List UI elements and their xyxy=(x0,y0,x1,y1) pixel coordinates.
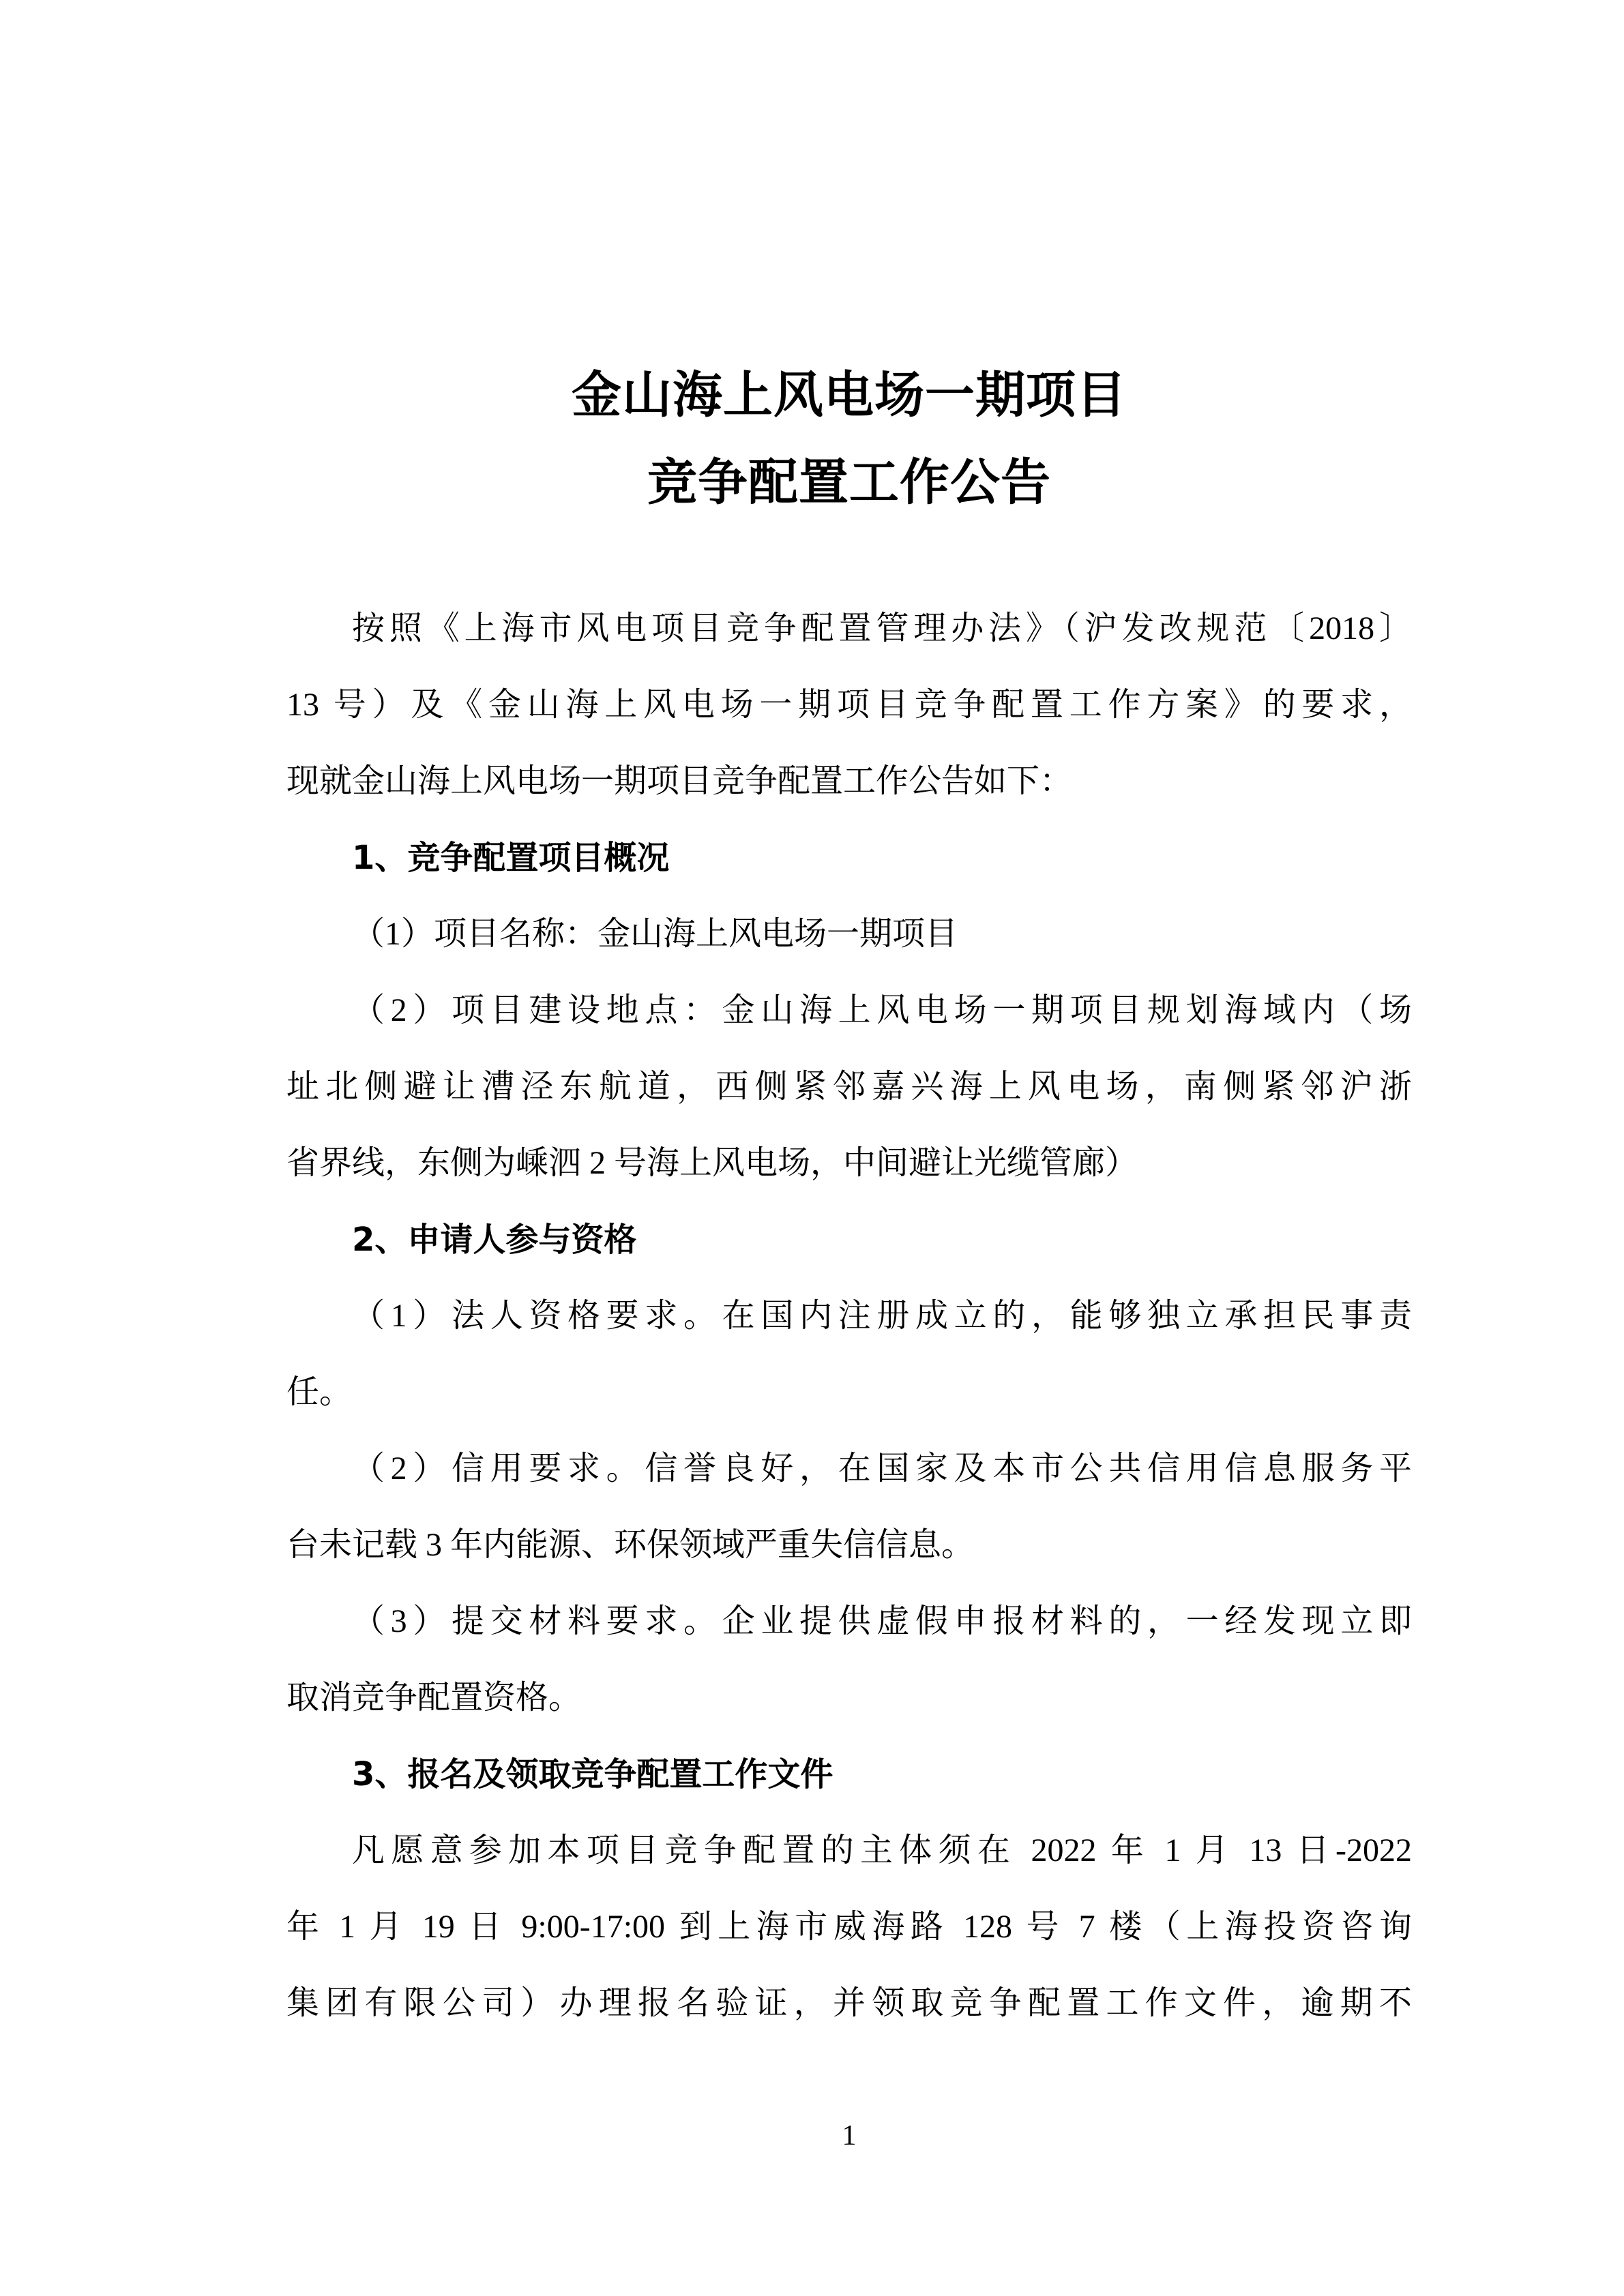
section-heading-3: 3、报名及领取竞争配置工作文件 xyxy=(286,1736,1412,1813)
document-content: 金山海上风电场一期项目 竞争配置工作公告 按照《上海市风电项目竞争配置管理办法》… xyxy=(286,352,1412,2042)
text-line: 按照《上海市风电项目竞争配置管理办法》（沪发改规范〔2018〕 xyxy=(286,591,1412,667)
page-number: 1 xyxy=(286,2118,1412,2153)
text-line: （1）项目名称：金山海上风电场一期项目 xyxy=(286,896,1412,972)
document-page: 金山海上风电场一期项目 竞争配置工作公告 按照《上海市风电项目竞争配置管理办法》… xyxy=(0,0,1624,2296)
text-line: 凡愿意参加本项目竞争配置的主体须在 2022 年 1 月 13 日-2022 xyxy=(286,1813,1412,1889)
text-line: （2）项目建设地点：金山海上风电场一期项目规划海域内（场 xyxy=(286,972,1412,1049)
text-line: （3）提交材料要求。企业提供虚假申报材料的，一经发现立即 xyxy=(286,1583,1412,1660)
text-line: 现就金山海上风电场一期项目竞争配置工作公告如下： xyxy=(286,743,1412,820)
text-line: 年 1 月 19 日 9:00-17:00 到上海市威海路 128 号 7 楼（… xyxy=(286,1889,1412,1965)
document-title-line-1: 金山海上风电场一期项目 xyxy=(286,352,1412,439)
text-line: 取消竞争配置资格。 xyxy=(286,1660,1412,1736)
text-line: 集团有限公司）办理报名验证，并领取竞争配置工作文件，逾期不 xyxy=(286,1965,1412,2042)
text-line: （2）信用要求。信誉良好，在国家及本市公共信用信息服务平 xyxy=(286,1431,1412,1507)
document-title-line-2: 竞争配置工作公告 xyxy=(286,439,1412,526)
text-line: 任。 xyxy=(286,1354,1412,1431)
text-line: 台未记载 3 年内能源、环保领域严重失信信息。 xyxy=(286,1507,1412,1583)
section-heading-2: 2、申请人参与资格 xyxy=(286,1202,1412,1278)
text-line: 址北侧避让漕泾东航道，西侧紧邻嘉兴海上风电场，南侧紧邻沪浙 xyxy=(286,1049,1412,1125)
section-heading-1: 1、竞争配置项目概况 xyxy=(286,820,1412,896)
text-line: （1）法人资格要求。在国内注册成立的，能够独立承担民事责 xyxy=(286,1278,1412,1354)
text-line: 13 号）及《金山海上风电场一期项目竞争配置工作方案》的要求， xyxy=(286,667,1412,743)
document-body: 按照《上海市风电项目竞争配置管理办法》（沪发改规范〔2018〕 13 号）及《金… xyxy=(286,591,1412,2042)
text-line: 省界线，东侧为嵊泗 2 号海上风电场，中间避让光缆管廊） xyxy=(286,1125,1412,1202)
